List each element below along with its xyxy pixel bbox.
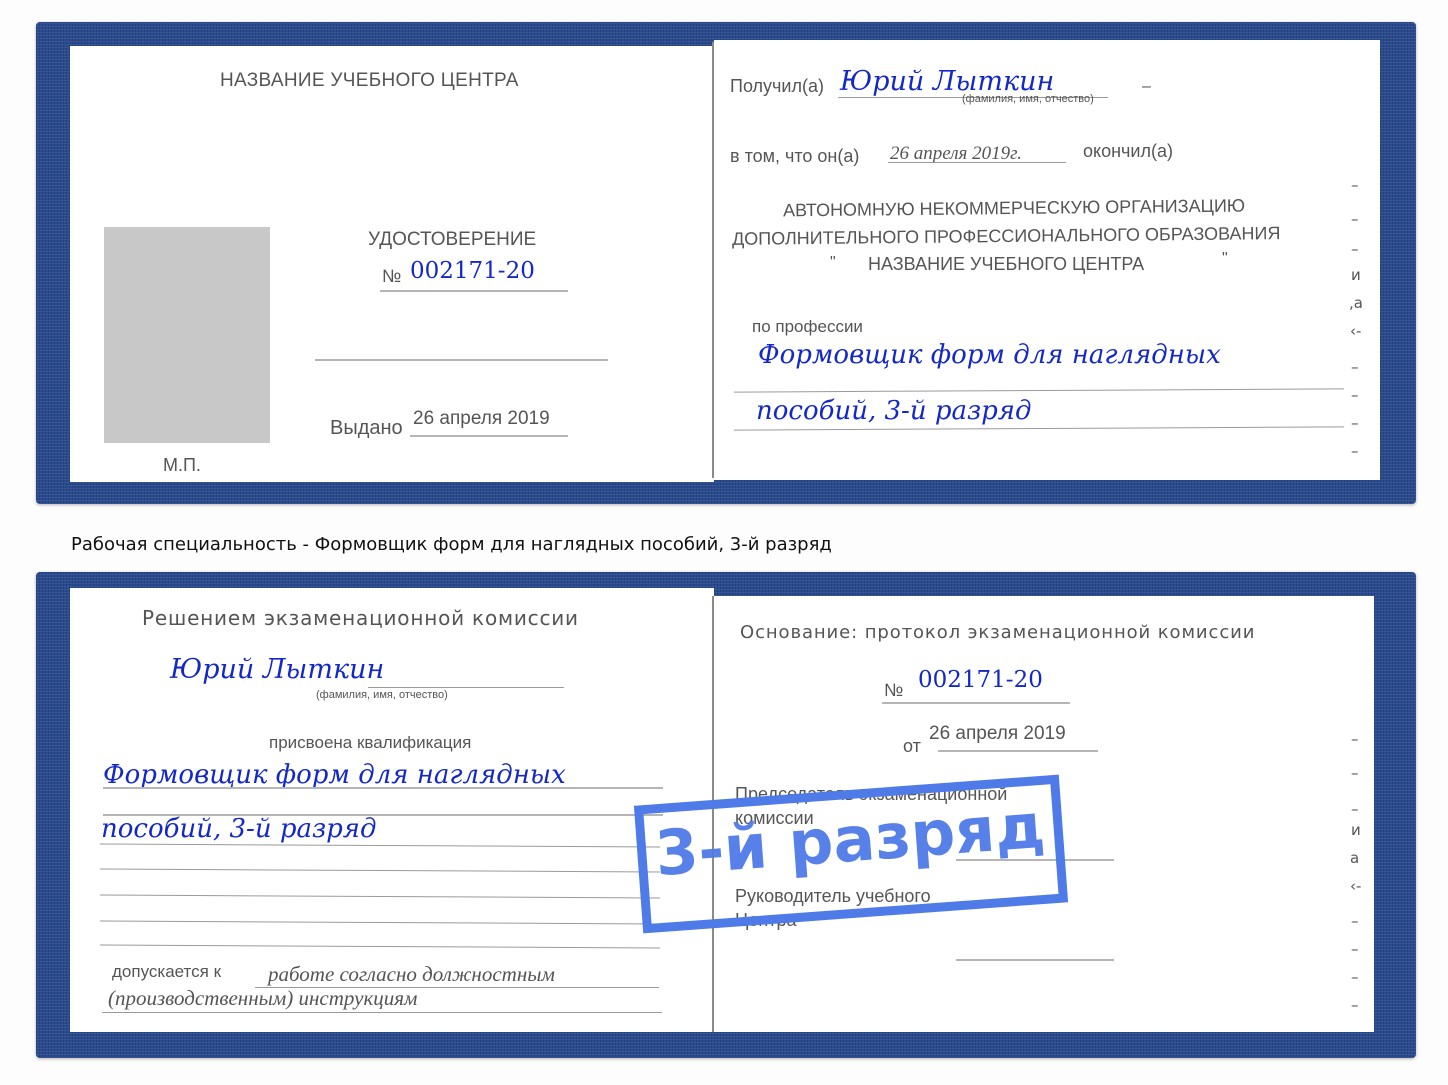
edge-mark: – [1351,940,1359,958]
top-spine [712,42,714,478]
edge-mark: ‹- [1350,322,1361,340]
edge-mark: – [1351,730,1359,748]
edge-mark: – [1351,414,1359,432]
protocol-number: 002171-20 [918,667,1043,693]
issued-date: 26 апреля 2019 [413,408,550,430]
edge-mark: и [1351,821,1361,839]
protocol-date-underline [938,750,1098,752]
director-signature-line [956,959,1114,961]
admitted-line-1: работе согласно должностным [268,962,555,987]
grade-stamp-text: 3-й разряд [644,788,1056,891]
holder-underline [368,687,564,688]
issued-date-underline [410,435,568,437]
qualification-line-1: Формовщик форм для наглядных [103,760,566,790]
holder-name-hint: (фамилия, имя, отчество) [316,689,448,701]
dash: – [1142,78,1151,96]
org-close-quote: " [1222,250,1228,268]
completed-label: окончил(а) [1083,141,1173,162]
edge-mark: – [1351,996,1359,1014]
edge-mark: – [1351,442,1359,460]
edge-mark: – [1351,240,1359,258]
edge-mark: – [1351,764,1359,782]
edge-mark: ,а [1349,294,1363,312]
edge-mark: а [1350,849,1359,867]
stamp-place-label: М.П. [163,455,201,476]
blank-line [315,359,608,361]
edge-mark: и [1351,266,1361,284]
received-label: Получил(а) [730,76,824,97]
edge-mark: – [1351,210,1359,228]
edge-mark: – [1351,176,1359,194]
protocol-number-underline [882,702,1070,704]
org-open-quote: " [830,254,836,272]
edge-mark: – [1351,800,1359,818]
caption: Рабочая специальность - Формовщик форм д… [71,534,832,555]
edge-mark: – [1351,358,1359,376]
qualification-line-2: пособий, 3-й разряд [101,814,377,844]
name-hint: (фамилия, имя, отчество) [962,93,1094,105]
profession-line-2: пособий, 3-й разряд [756,396,1032,426]
training-center-name: НАЗВАНИЕ УЧЕБНОГО ЦЕНТРА [220,70,519,92]
admitted-line-2: (производственным) инструкциям [108,986,417,1011]
number-underline [380,290,568,292]
protocol-number-prefix: № [884,680,903,701]
certificate-number: 002171-20 [410,258,535,284]
edge-mark: – [1351,968,1359,986]
protocol-date: 26 апреля 2019 [929,723,1066,745]
profession-line-1: Формовщик форм для наглядных [758,340,1221,370]
admitted-label: допускается к [112,962,221,982]
that-label: в том, что он(а) [730,146,859,167]
completion-date-underline [888,162,1066,163]
basis-heading: Основание: протокол экзаменационной коми… [740,622,1255,643]
qualification-label: присвоена квалификация [269,733,471,753]
org-line-3: НАЗВАНИЕ УЧЕБНОГО ЦЕНТРА [868,254,1144,275]
holder-name: Юрий Лыткин [170,654,384,685]
issued-label: Выдано [330,417,403,440]
admitted-underline-2 [102,1012,662,1013]
edge-mark: – [1351,912,1359,930]
qualification-underline-1 [103,787,663,789]
number-prefix: № [382,266,401,287]
document-title: УДОСТОВЕРЕНИЕ [368,229,536,251]
protocol-date-prefix: от [903,736,921,757]
photo-placeholder [104,227,270,443]
edge-mark: ‹- [1350,877,1361,895]
edge-mark: – [1351,386,1359,404]
decision-heading: Решением экзаменационной комиссии [142,606,579,630]
profession-label: по профессии [752,317,863,337]
